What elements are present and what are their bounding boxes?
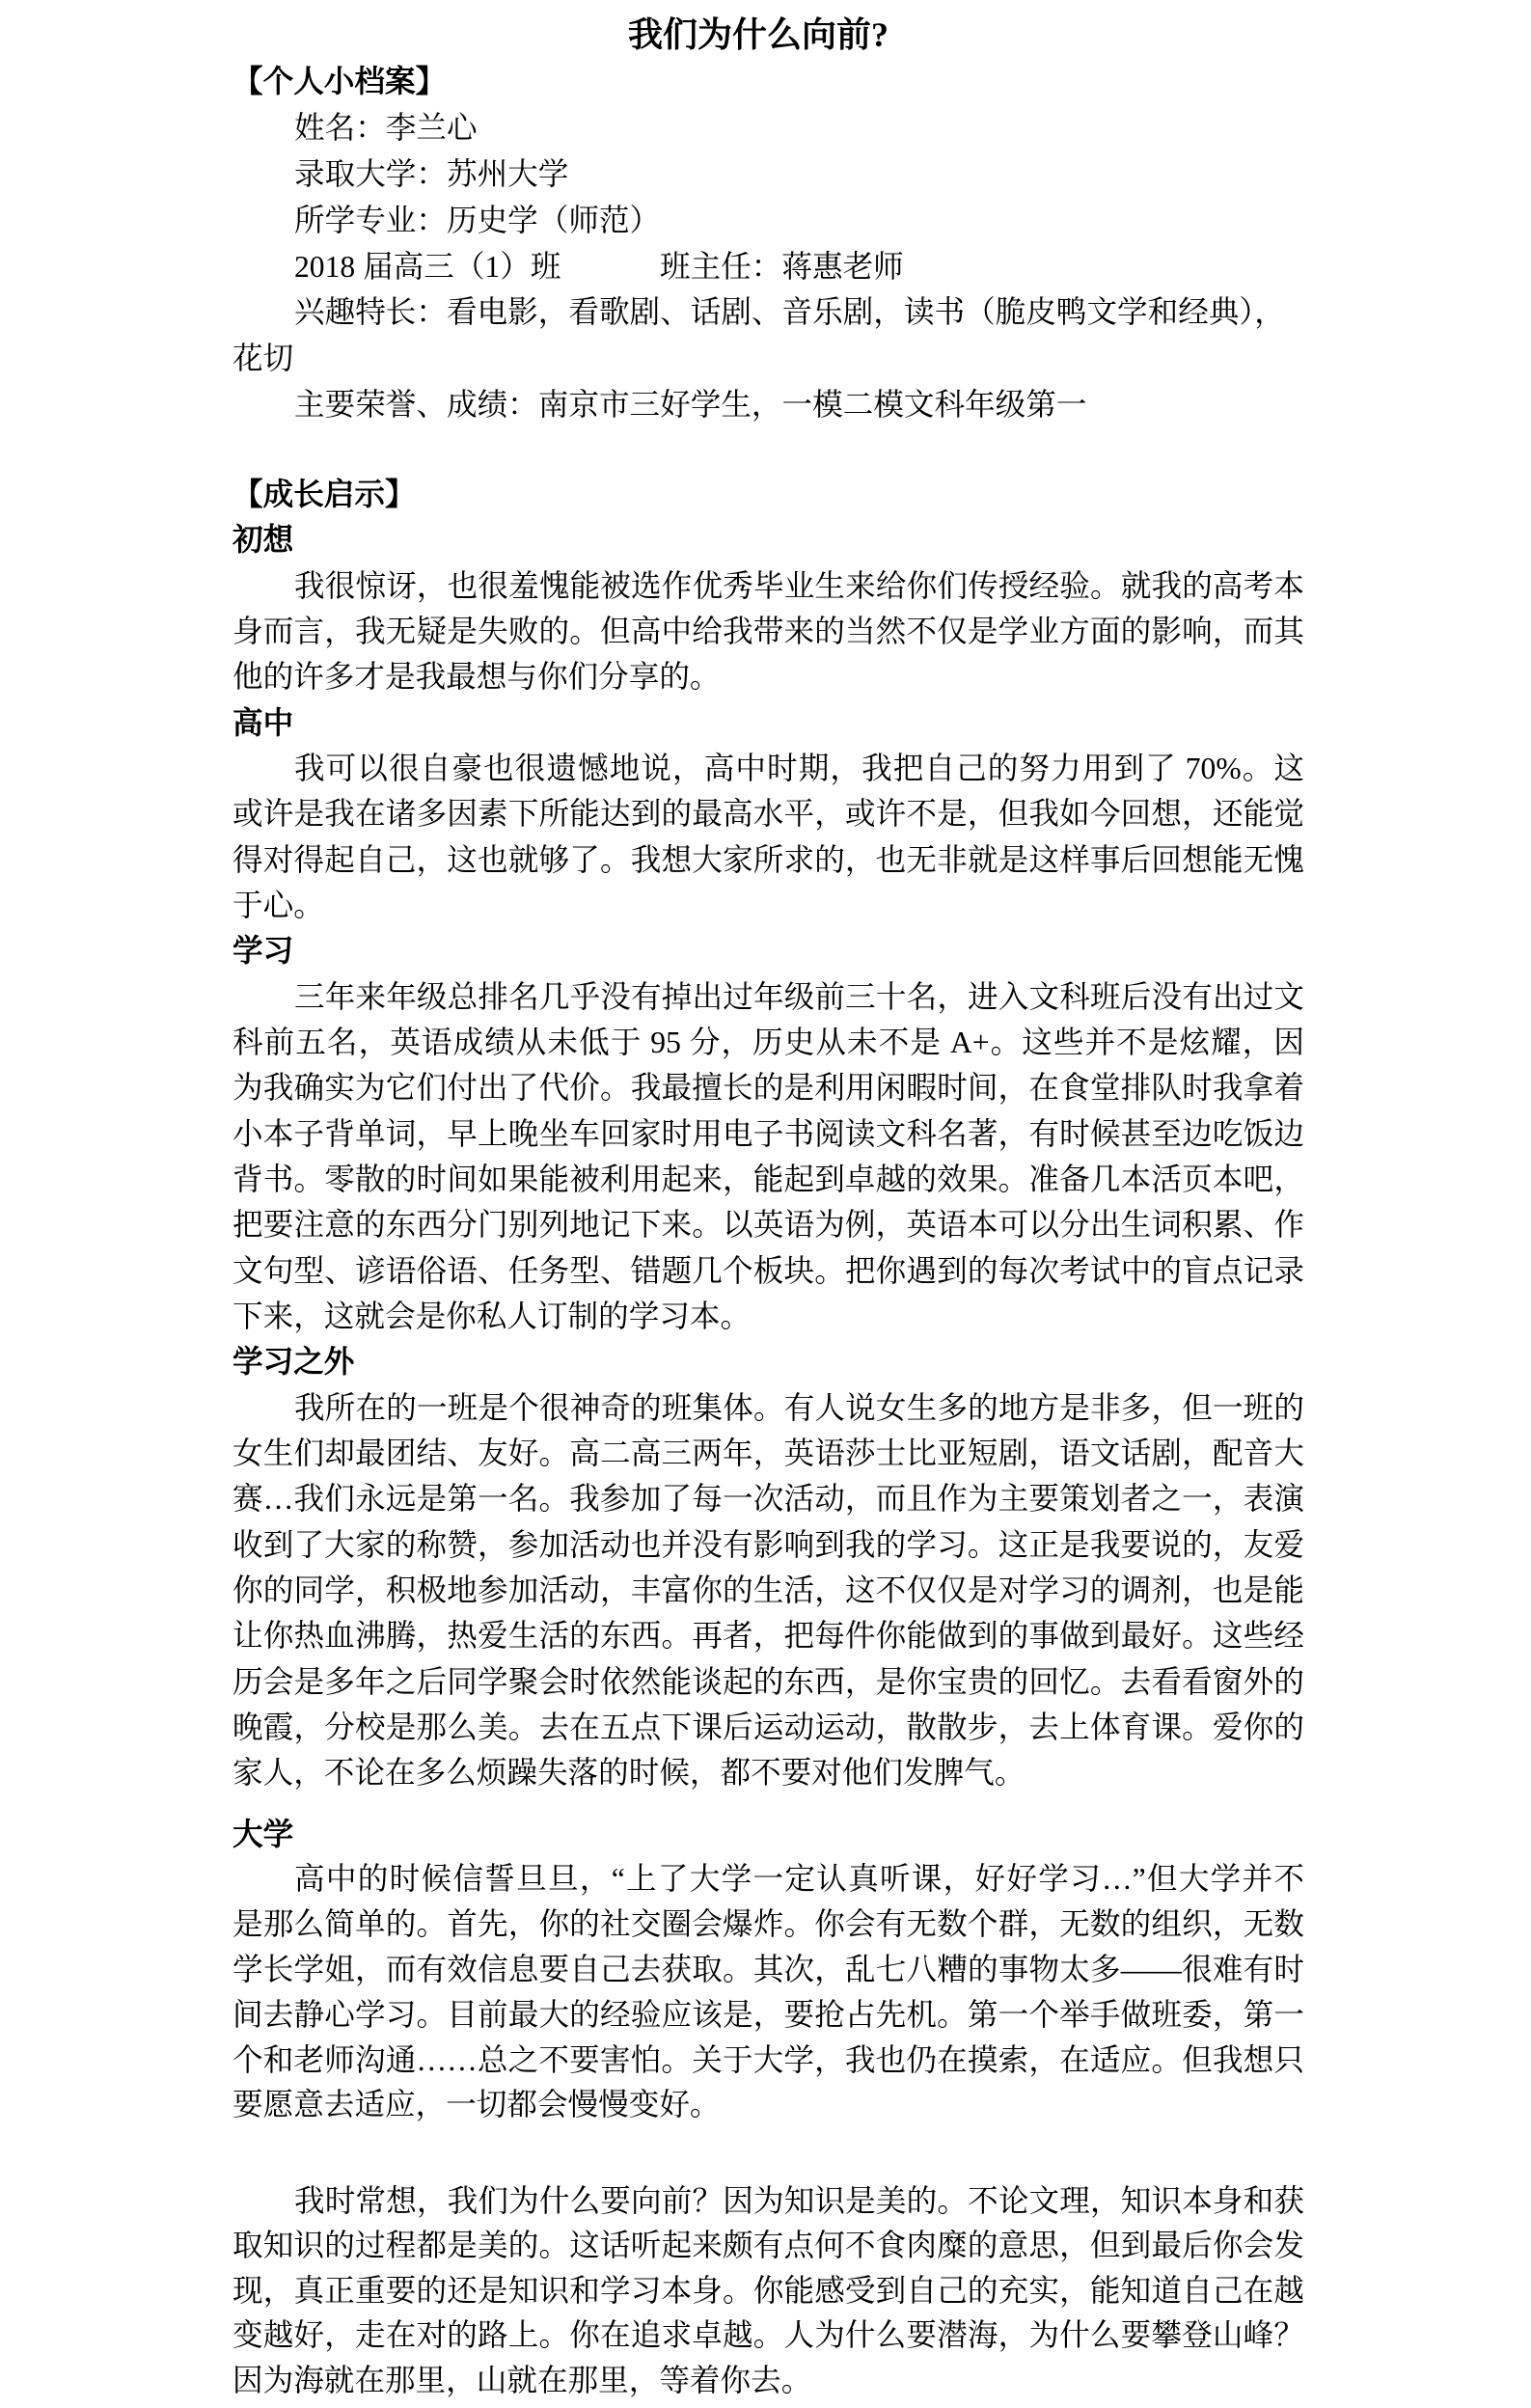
- head-teacher-value: 蒋惠老师: [781, 250, 903, 284]
- document-page: 我们为什么向前? 【个人小档案】 姓名：李兰心 录取大学：苏州大学 所学专业：历…: [0, 0, 1531, 2408]
- section-heading: 学习: [232, 928, 1304, 973]
- paragraph-line: 女生们却最团结、友好。高二高三两年，英语莎士比亚短剧，语文话剧，配音大: [232, 1431, 1304, 1476]
- section-beyond-study: 学习之外 我所在的一班是个很神奇的班集体。有人说女生多的地方是非多，但一班的 女…: [232, 1339, 1304, 1795]
- paragraph-line: 你的同学，积极地参加活动，丰富你的生活，这不仅仅是对学习的调剂，也是能: [232, 1568, 1304, 1613]
- paragraph-line: 我很惊讶，也很羞愧能被选作优秀毕业生来给你们传授经验。就我的高考本: [232, 563, 1304, 609]
- interests-value: 看电影，看歌剧、话剧、音乐剧，读书（脆皮鸭文学和经典），: [447, 295, 1285, 329]
- paragraph-line: 下来，这就会是你私人订制的学习本。: [232, 1294, 1304, 1339]
- paragraph-line: 收到了大家的称赞，参加活动也并没有影响到我的学习。这正是我要说的，友爱: [232, 1522, 1304, 1568]
- section-heading: 大学: [232, 1813, 1304, 1858]
- section-high-school: 高中 我可以很自豪也很遗憾地说，高中时期，我把自己的努力用到了 70%。这 或许…: [232, 700, 1304, 929]
- class-value: 2018 届高三（1）班: [294, 244, 660, 290]
- honors-value: 南京市三好学生，一模二模文科年级第一: [538, 388, 1087, 422]
- paragraph-line: 背书。零散的时间如果能被利用起来，能起到卓越的效果。准备几本活页本吧，: [232, 1157, 1304, 1202]
- paragraph-line: 身而言，我无疑是失败的。但高中给我带来的当然不仅是学业方面的影响，而其: [232, 609, 1304, 654]
- section-university: 大学 高中的时候信誓旦旦，“上了大学一定认真听课，好好学习…”但大学并不 是那么…: [232, 1813, 1304, 2129]
- name-label: 姓名：: [294, 111, 386, 145]
- section-heading: 学习之外: [232, 1339, 1304, 1384]
- major-label: 所学专业：: [294, 204, 447, 237]
- paragraph-line: 为我确实为它们付出了代价。我最擅长的是利用闲暇时间，在食堂排队时我拿着: [232, 1065, 1304, 1110]
- honors-label: 主要荣誉、成绩：: [294, 388, 538, 422]
- paragraph-line: 赛…我们永远是第一名。我参加了每一次活动，而且作为主要策划者之一，表演: [232, 1476, 1304, 1521]
- page-title: 我们为什么向前?: [0, 12, 1517, 58]
- paragraph-line: 高中的时候信誓旦旦，“上了大学一定认真听课，好好学习…”但大学并不: [232, 1857, 1304, 1902]
- paragraph-line: 家人，不论在多么烦躁失落的时候，都不要对他们发脾气。: [232, 1750, 1304, 1795]
- head-teacher-label: 班主任：: [660, 250, 781, 284]
- profile-university: 录取大学：苏州大学: [232, 151, 1304, 198]
- university-value: 苏州大学: [447, 157, 568, 191]
- closing-paragraph: 我时常想，我们为什么要向前？因为知识是美的。不论文理，知识本身和获 取知识的过程…: [232, 2179, 1304, 2404]
- profile-name: 姓名：李兰心: [232, 105, 1304, 151]
- paragraph-line: 我时常想，我们为什么要向前？因为知识是美的。不论文理，知识本身和获: [232, 2179, 1304, 2225]
- paragraph-line: 变越好，走在对的路上。你在追求卓越。人为什么要潜海，为什么要攀登山峰？: [232, 2313, 1304, 2359]
- profile-interests: 兴趣特长：看电影，看歌剧、话剧、音乐剧，读书（脆皮鸭文学和经典），: [232, 289, 1304, 336]
- paragraph-line: 个和老师沟通……总之不要害怕。关于大学，我也仍在摸索，在适应。但我想只: [232, 2039, 1304, 2084]
- paragraph-line: 取知识的过程都是美的。这话听起来颇有点何不食肉糜的意思，但到最后你会发: [232, 2224, 1304, 2269]
- paragraph-line: 科前五名，英语成绩从未低于 95 分，历史从未不是 A+。这些并不是炫耀，因: [232, 1020, 1304, 1065]
- paragraph-line: 我可以很自豪也很遗憾地说，高中时期，我把自己的努力用到了 70%。这: [232, 746, 1304, 791]
- section-heading: 初想: [232, 517, 1304, 562]
- profile-honors: 主要荣誉、成绩：南京市三好学生，一模二模文科年级第一: [232, 382, 1304, 428]
- paragraph-line: 让你热血沸腾，热爱生活的东西。再者，把每件你能做到的事做到最好。这些经: [232, 1613, 1304, 1658]
- paragraph-line: 把要注意的东西分门别列地记下来。以英语为例，英语本可以分出生词积累、作: [232, 1202, 1304, 1247]
- paragraph-line: 晚霞，分校是那么美。去在五点下课后运动运动，散散步，去上体育课。爱你的: [232, 1705, 1304, 1750]
- profile-section: 【个人小档案】 姓名：李兰心 录取大学：苏州大学 所学专业：历史学（师范） 20…: [232, 59, 1304, 428]
- paragraph-line: 要愿意去适应，一切都会慢慢变好。: [232, 2083, 1304, 2128]
- paragraph-line: 三年来年级总排名几乎没有掉出过年级前三十名，进入文科班后没有出过文: [232, 974, 1304, 1020]
- name-value: 李兰心: [386, 111, 478, 145]
- profile-major: 所学专业：历史学（师范）: [232, 198, 1304, 244]
- paragraph-line: 学长学姐，而有效信息要自己去获取。其次，乱七八糟的事物太多——很难有时: [232, 1948, 1304, 1993]
- growth-section: 【成长启示】 初想 我很惊讶，也很羞愧能被选作优秀毕业生来给你们传授经验。就我的…: [232, 472, 1304, 1796]
- paragraph-line: 我所在的一班是个很神奇的班集体。有人说女生多的地方是非多，但一班的: [232, 1385, 1304, 1431]
- section-study: 学习 三年来年级总排名几乎没有掉出过年级前三十名，进入文科班后没有出过文 科前五…: [232, 928, 1304, 1339]
- paragraph-line: 文句型、谚语俗语、任务型、错题几个板块。把你遇到的每次考试中的盲点记录: [232, 1248, 1304, 1294]
- paragraph-line: 小本子背单词，早上晚坐车回家时用电子书阅读文科名著，有时候甚至边吃饭边: [232, 1111, 1304, 1157]
- major-value: 历史学（师范）: [447, 204, 660, 237]
- paragraph-line: 是那么简单的。首先，你的社交圈会爆炸。你会有无数个群，无数的组织，无数: [232, 1902, 1304, 1948]
- paragraph-line: 现，真正重要的还是知识和学习本身。你能感受到自己的充实，能知道自己在越: [232, 2269, 1304, 2314]
- paragraph-line: 间去静心学习。目前最大的经验应该是，要抢占先机。第一个举手做班委，第一: [232, 1993, 1304, 2039]
- profile-class: 2018 届高三（1）班班主任：蒋惠老师: [232, 244, 1304, 290]
- interests-label: 兴趣特长：: [294, 295, 447, 329]
- profile-interests-continued: 花切: [232, 336, 1304, 382]
- paragraph-line: 因为海就在那里，山就在那里，等着你去。: [232, 2359, 1304, 2404]
- profile-heading: 【个人小档案】: [232, 59, 1304, 105]
- growth-heading: 【成长启示】: [232, 472, 1304, 517]
- paragraph-line: 历会是多年之后同学聚会时依然能谈起的东西，是你宝贵的回忆。去看看窗外的: [232, 1659, 1304, 1705]
- university-label: 录取大学：: [294, 157, 447, 191]
- section-initial-thoughts: 初想 我很惊讶，也很羞愧能被选作优秀毕业生来给你们传授经验。就我的高考本 身而言…: [232, 517, 1304, 699]
- paragraph-line: 于心。: [232, 883, 1304, 928]
- section-heading: 高中: [232, 700, 1304, 746]
- paragraph-line: 得对得起自己，这也就够了。我想大家所求的，也无非就是这样事后回想能无愧: [232, 837, 1304, 883]
- paragraph-line: 或许是我在诸多因素下所能达到的最高水平，或许不是，但我如今回想，还能觉: [232, 791, 1304, 836]
- paragraph-line: 他的许多才是我最想与你们分享的。: [232, 654, 1304, 699]
